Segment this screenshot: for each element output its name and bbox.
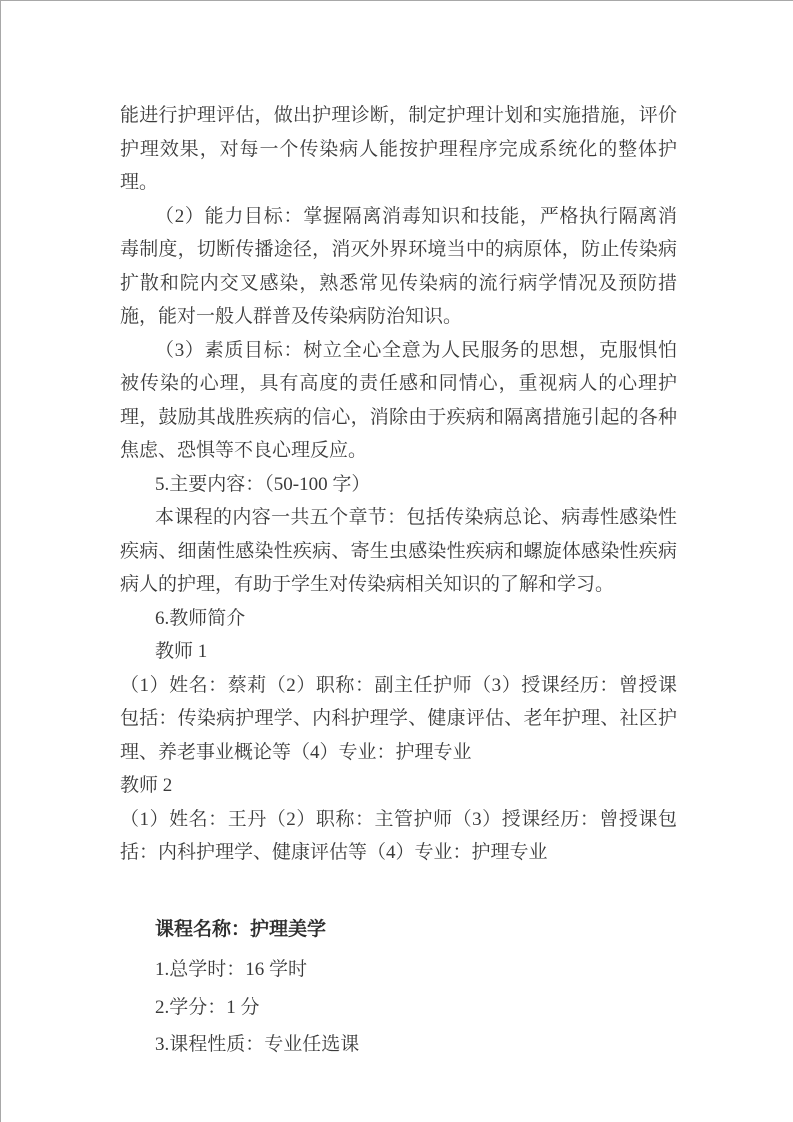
paragraph-teacher2-label: 教师 2: [120, 769, 677, 803]
paragraph-quality-goal: （3）素质目标：树立全心全意为人民服务的思想，克服惧怕被传染的心理，具有高度的责…: [120, 334, 677, 468]
paragraph-ability-goal: （2）能力目标：掌握隔离消毒知识和技能，严格执行隔离消毒制度，切断传播途径，消灭…: [120, 200, 677, 334]
course-item-total-hours: 1.总学时：16 学时: [120, 953, 677, 987]
paragraph-main-content-text: 本课程的内容一共五个章节：包括传染病总论、病毒性感染性疾病、细菌性感染性疾病、寄…: [120, 501, 677, 602]
paragraph-teacher2-info: （1）姓名：王丹（2）职称：主管护师（3）授课经历：曾授课包括：内科护理学、健康…: [120, 803, 677, 870]
document-page: 能进行护理评估，做出护理诊断，制定护理计划和实施措施，评价护理效果，对每一个传染…: [0, 0, 793, 1122]
paragraph-main-content-label: 5.主要内容：（50-100 字）: [120, 468, 677, 502]
course-title-heading: 课程名称：护理美学: [120, 913, 677, 947]
paragraph-knowledge-goal-continuation: 能进行护理评估，做出护理诊断，制定护理计划和实施措施，评价护理效果，对每一个传染…: [120, 99, 677, 200]
paragraph-teacher1-info: （1）姓名：蔡莉（2）职称：副主任护师（3）授课经历：曾授课包括：传染病护理学、…: [120, 669, 677, 770]
paragraph-teacher1-label: 教师 1: [120, 635, 677, 669]
course-item-course-type: 3.课程性质：专业任选课: [120, 1028, 677, 1062]
course-item-credit: 2.学分：1 分: [120, 991, 677, 1025]
paragraph-teacher-intro-label: 6.教师简介: [120, 602, 677, 636]
